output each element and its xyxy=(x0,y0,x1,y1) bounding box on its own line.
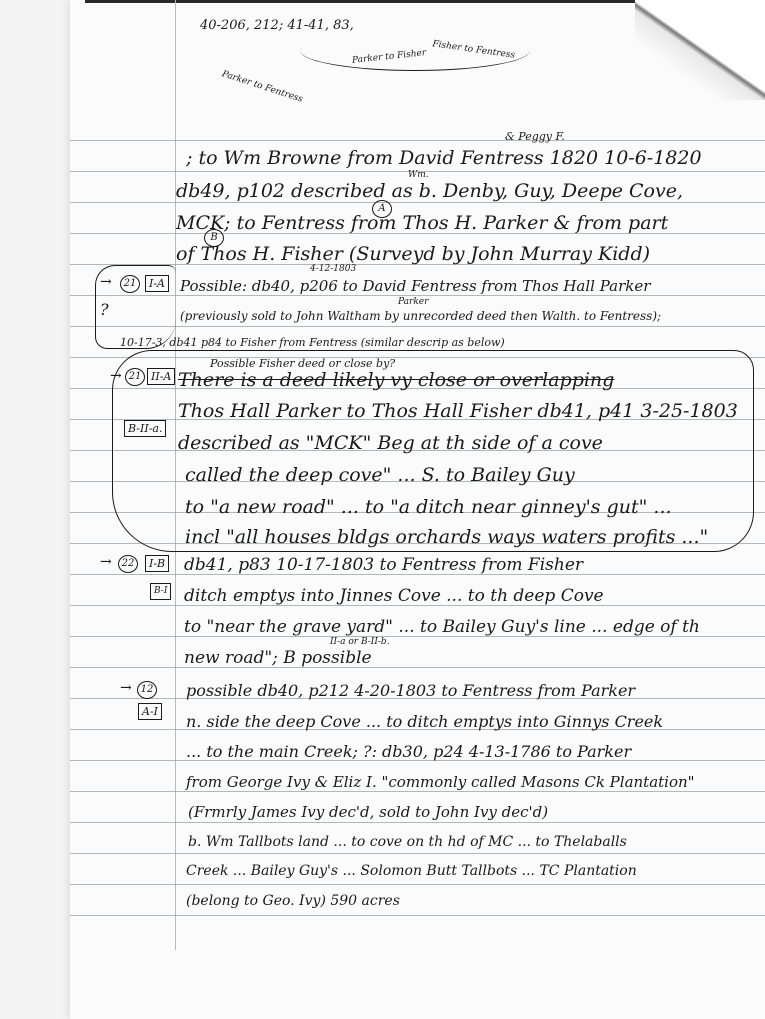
ruled-line xyxy=(70,853,765,854)
ruled-line xyxy=(70,202,765,203)
entry-22-ib-line-4: new road"; B possible xyxy=(184,648,372,668)
entry-12-ai-line-3: ... to the main Creek; ?: db30, p24 4-13… xyxy=(186,742,631,761)
entry-21-ia-line-3: 10-17-3, db41 p84 to Fisher from Fentres… xyxy=(120,336,505,349)
insertion-wm: Wm. xyxy=(408,170,429,180)
entry-22-ib-line-1: db41, p83 10-17-1803 to Fentress from Fi… xyxy=(184,555,583,575)
entry-21-ia-line-2: (previously sold to John Waltham by unre… xyxy=(180,309,661,323)
entry-browne-line-4: of Thos H. Fisher (Surveyd by John Murra… xyxy=(176,243,650,265)
entry-12-ai-line-2: n. side the deep Cove ... to ditch empty… xyxy=(186,712,663,731)
ruled-line xyxy=(70,791,765,792)
circle-label-a: A xyxy=(372,200,392,218)
entry-21-iia-line-4: described as "MCK" Beg at th side of a c… xyxy=(178,432,603,454)
insertion-iia-or-biib: II-a or B-II-b. xyxy=(330,637,390,647)
margin-tag-b-iia: B-II-a. xyxy=(124,420,166,437)
entry-21-iia-struck-line: There is a deed likely vy close or overl… xyxy=(178,369,614,391)
margin-number-12: 12 xyxy=(137,681,157,699)
arrow-icon: → xyxy=(100,274,112,290)
entry-21-iia-line-6: to "a new road" ... to "a ditch near gin… xyxy=(185,496,672,518)
entry-21-iia-line-7: incl "all houses bldgs orchards ways wat… xyxy=(185,526,708,548)
margin-number-21b: 21 xyxy=(125,368,145,386)
margin-tag-ib: I-B xyxy=(145,555,169,572)
margin-number-22: 22 xyxy=(118,555,138,573)
insertion-parker: Parker xyxy=(398,297,428,307)
entry-12-ai-line-5: (Frmrly James Ivy dec'd, sold to John Iv… xyxy=(188,803,548,821)
entry-browne-line-1: ; to Wm Browne from David Fentress 1820 … xyxy=(186,147,702,169)
margin-tag-ia: I-A xyxy=(145,275,169,292)
page-top-edge xyxy=(85,0,645,3)
page-corner-fold xyxy=(635,0,765,100)
header-deed-numbers: 40-206, 212; 41-41, 83, xyxy=(200,18,354,33)
entry-21-ia-line-1: Possible: db40, p206 to David Fentress f… xyxy=(180,277,650,295)
arrow-icon: → xyxy=(120,680,132,696)
question-mark: ? xyxy=(100,300,109,319)
margin-tag-bi: B-I xyxy=(150,583,171,600)
entry-12-ai-line-6: b. Wm Tallbots land ... to cove on th hd… xyxy=(188,834,627,850)
ruled-line xyxy=(70,884,765,885)
entry-22-ib-line-3: to "near the grave yard" ... to Bailey G… xyxy=(184,617,700,637)
insertion-date-4-12-1803: 4-12-1803 xyxy=(310,264,356,274)
ruled-line xyxy=(70,822,765,823)
ruled-line xyxy=(70,667,765,668)
entry-21-iia-line-5: called the deep cove" ... S. to Bailey G… xyxy=(185,464,575,486)
margin-number-21a: 21 xyxy=(120,275,140,293)
margin-tag-iia: II-A xyxy=(147,368,175,385)
entry-browne-line-3: MCK; to Fentress from Thos H. Parker & f… xyxy=(176,212,668,234)
arrow-icon: → xyxy=(110,368,122,384)
margin-tag-ai: A-I xyxy=(138,703,162,720)
entry-12-ai-line-8: (belong to Geo. Ivy) 590 acres xyxy=(186,893,400,909)
entry-22-ib-line-2: ditch emptys into Jinnes Cove ... to th … xyxy=(184,586,604,606)
entry-12-ai-line-7: Creek ... Bailey Guy's ... Solomon Butt … xyxy=(186,863,637,879)
insertion-peggy: & Peggy F. xyxy=(505,130,565,143)
arrow-icon: → xyxy=(100,554,112,570)
entry-browne-line-2: db49, p102 described as b. Denby, Guy, D… xyxy=(176,180,683,202)
entry-12-ai-line-4: from George Ivy & Eliz I. "commonly call… xyxy=(186,773,695,791)
entry-12-ai-line-1: possible db40, p212 4-20-1803 to Fentres… xyxy=(186,681,635,700)
header-loop xyxy=(300,30,530,71)
ruled-line xyxy=(70,140,765,141)
ruled-line xyxy=(70,915,765,916)
entry-21-iia-line-3: Thos Hall Parker to Thos Hall Fisher db4… xyxy=(178,400,738,422)
